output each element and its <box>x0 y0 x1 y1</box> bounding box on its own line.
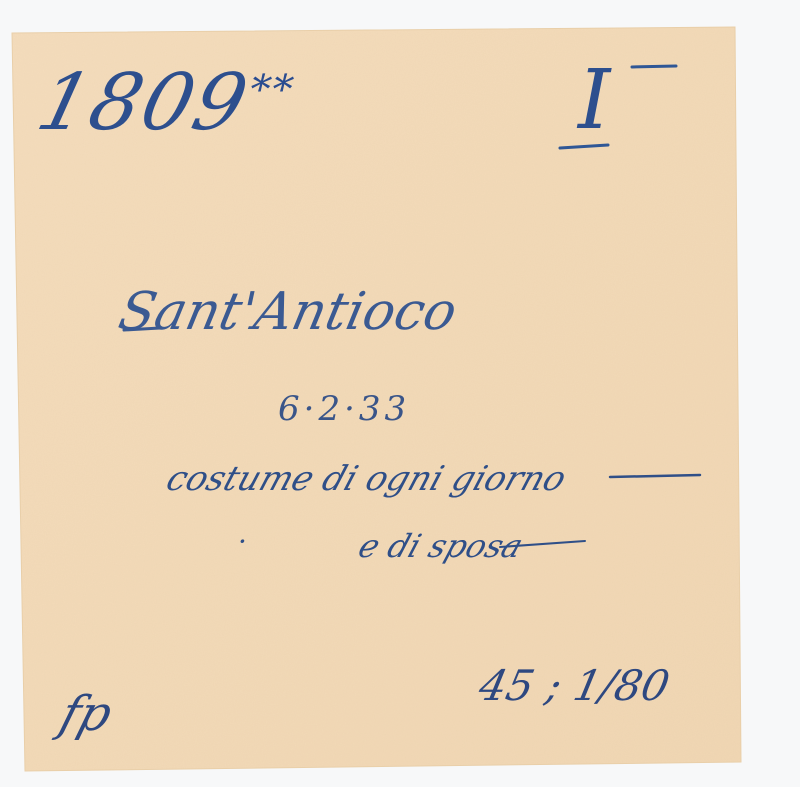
volume-mark: I <box>578 60 610 142</box>
catalog-number-value: 1809 <box>29 58 258 148</box>
description-line-1: costume di ogni giorno <box>162 462 570 496</box>
date: 6·2·33 <box>278 392 410 426</box>
description-line-2: e di sposa <box>355 530 527 562</box>
exposure-note: 45 ; 1/80 <box>476 665 674 707</box>
catalog-number: 1809** <box>30 64 300 142</box>
index-card: 1809** I Sant'Antioco 6·2·33 costume di … <box>0 0 800 787</box>
description-bullet: · <box>238 528 247 556</box>
place-name: Sant'Antioco <box>114 286 461 338</box>
